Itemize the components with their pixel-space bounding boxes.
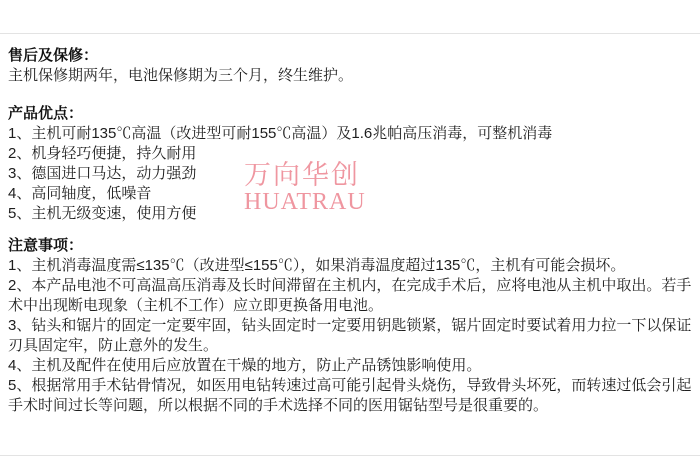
document-page: 售后及保修： 主机保修期两年，电池保修期为三个月，终生维护。 产品优点： 1、主… — [0, 0, 700, 464]
advantage-item-2: 2、机身轻巧便捷，持久耐用 — [8, 144, 694, 164]
warranty-text: 主机保修期两年，电池保修期为三个月，终生维护。 — [8, 66, 694, 86]
note-item-4: 4、主机及配件在使用后应放置在干燥的地方，防止产品锈蚀影响使用。 — [8, 356, 694, 376]
advantage-item-5: 5、主机无级变速，使用方便 — [8, 204, 694, 224]
note-item-5: 5、根据常用手术钻骨情况，如医用电钻转速过高可能引起骨头烧伤，导致骨头坏死，而转… — [8, 376, 694, 416]
advantage-item-4: 4、高同轴度，低噪音 — [8, 184, 694, 204]
section-heading-advantages: 产品优点： — [8, 104, 694, 124]
advantage-item-1: 1、主机可耐135℃高温（改进型可耐155℃高温）及1.6兆帕高压消毒，可整机消… — [8, 124, 694, 144]
note-item-3: 3、钻头和锯片的固定一定要牢固，钻头固定时一定要用钥匙锁紧，锯片固定时要试着用力… — [8, 316, 694, 356]
note-item-1: 1、主机消毒温度需≤135℃（改进型≤155℃），如果消毒温度超过135℃，主机… — [8, 256, 694, 276]
bottom-divider — [0, 455, 700, 456]
section-heading-warranty: 售后及保修： — [8, 46, 694, 66]
section-heading-notes: 注意事项： — [8, 236, 694, 256]
top-divider — [0, 33, 700, 34]
note-item-2: 2、本产品电池不可高温高压消毒及长时间滞留在主机内，在完成手术后，应将电池从主机… — [8, 276, 694, 316]
document-content: 售后及保修： 主机保修期两年，电池保修期为三个月，终生维护。 产品优点： 1、主… — [8, 46, 694, 416]
advantage-item-3: 3、德国进口马达，动力强劲 — [8, 164, 694, 184]
